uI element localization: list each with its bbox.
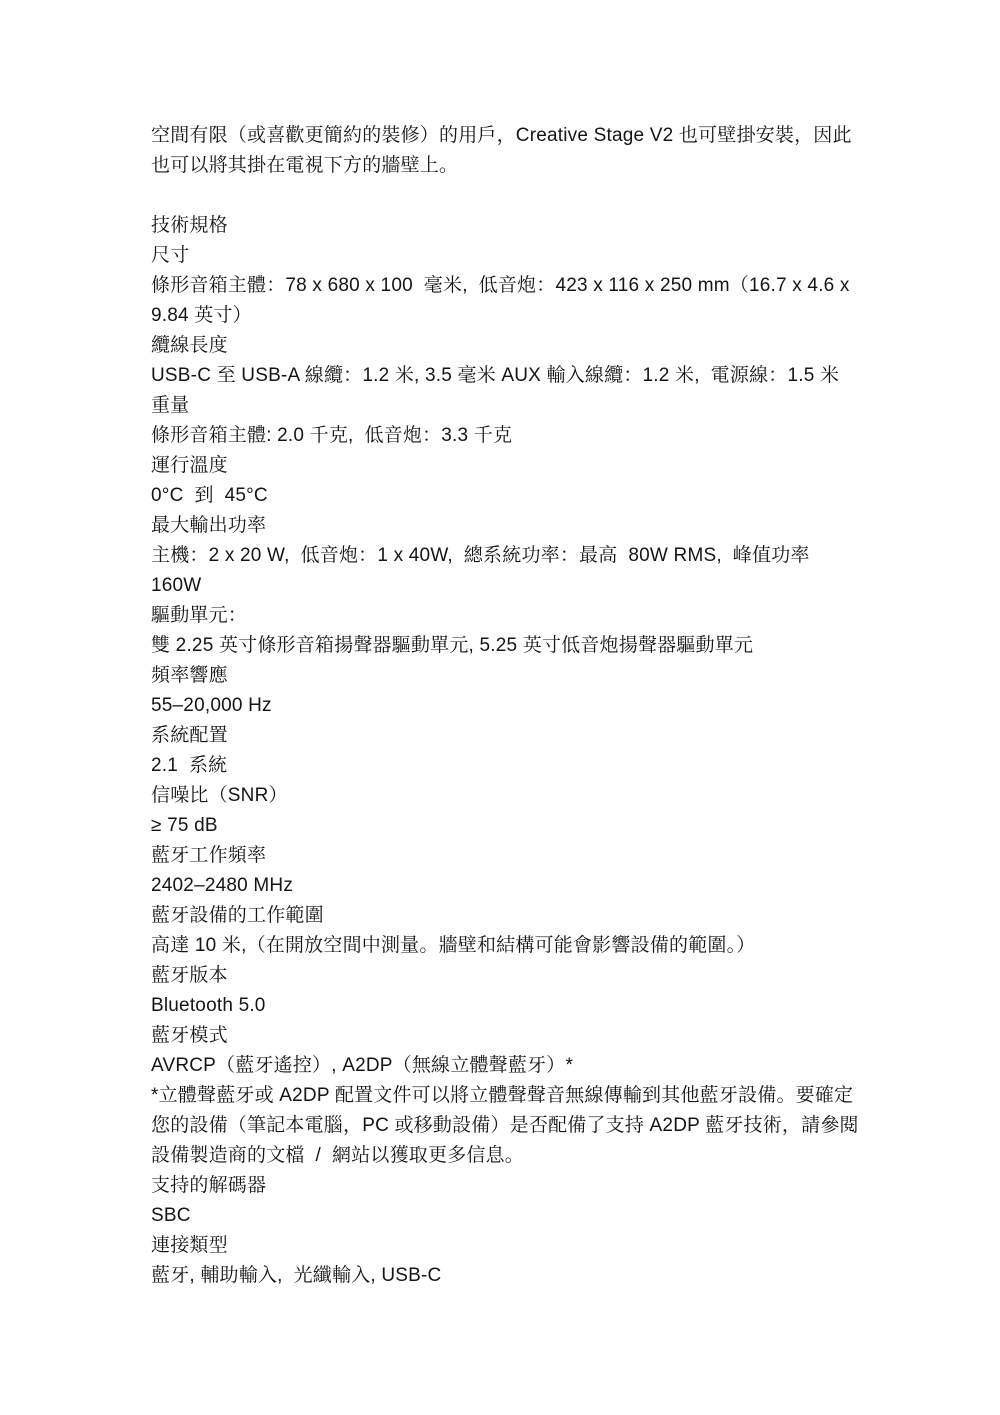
spec-label: 藍牙設備的工作範圍	[151, 901, 863, 931]
spec-item-bluetooth-frequency: 藍牙工作頻率 2402–2480 MHz	[151, 841, 863, 901]
spec-item-snr: 信噪比（SNR） ≥ 75 dB	[151, 781, 863, 841]
spec-label: 運行溫度	[151, 451, 863, 481]
footnote-a2dp: *立體聲藍牙或 A2DP 配置文件可以將立體聲聲音無線傳輸到其他藍牙設備。要確定…	[151, 1081, 863, 1171]
spec-value: 藍牙, 輔助輸入, 光纖輸入, USB-C	[151, 1261, 863, 1291]
spec-label: 驅動單元：	[151, 601, 863, 631]
spec-value: 2.1 系統	[151, 751, 863, 781]
spec-value: 條形音箱主體: 2.0 千克, 低音炮：3.3 千克	[151, 421, 863, 451]
spec-label: 纜線長度	[151, 331, 863, 361]
spec-value: AVRCP（藍牙遙控）, A2DP（無線立體聲藍牙）*	[151, 1051, 863, 1081]
spec-item-bluetooth-version: 藍牙版本 Bluetooth 5.0	[151, 961, 863, 1021]
spec-value: 2402–2480 MHz	[151, 871, 863, 901]
spec-label: 藍牙模式	[151, 1021, 863, 1051]
spec-label: 藍牙工作頻率	[151, 841, 863, 871]
spec-label: 連接類型	[151, 1231, 863, 1261]
spec-label: 支持的解碼器	[151, 1171, 863, 1201]
spec-item-frequency-response: 頻率響應 55–20,000 Hz	[151, 661, 863, 721]
section-title: 技術規格	[151, 211, 863, 241]
spec-value: ≥ 75 dB	[151, 811, 863, 841]
spec-item-cable-length: 纜線長度 USB-C 至 USB-A 線纜：1.2 米, 3.5 毫米 AUX …	[151, 331, 863, 391]
spec-label: 藍牙版本	[151, 961, 863, 991]
spec-item-dimensions: 尺寸 條形音箱主體：78 x 680 x 100 毫米, 低音炮：423 x 1…	[151, 241, 863, 331]
spec-item-weight: 重量 條形音箱主體: 2.0 千克, 低音炮：3.3 千克	[151, 391, 863, 451]
spec-item-bluetooth-range: 藍牙設備的工作範圍 高達 10 米,（在開放空間中測量。牆壁和結構可能會影響設備…	[151, 901, 863, 961]
spec-value: SBC	[151, 1201, 863, 1231]
spec-item-max-output-power: 最大輸出功率 主機：2 x 20 W, 低音炮：1 x 40W, 總系統功率：最…	[151, 511, 863, 601]
spec-item-system-configuration: 系統配置 2.1 系統	[151, 721, 863, 781]
spec-item-supported-codecs: 支持的解碼器 SBC	[151, 1171, 863, 1231]
intro-paragraph: 空間有限（或喜歡更簡約的裝修）的用戶，Creative Stage V2 也可壁…	[151, 121, 863, 181]
spec-item-connectivity-type: 連接類型 藍牙, 輔助輸入, 光纖輸入, USB-C	[151, 1231, 863, 1291]
spec-label: 尺寸	[151, 241, 863, 271]
spec-value: 主機：2 x 20 W, 低音炮：1 x 40W, 總系統功率：最高 80W R…	[151, 541, 863, 601]
spec-value: 高達 10 米,（在開放空間中測量。牆壁和結構可能會影響設備的範圍。）	[151, 931, 863, 961]
paragraph-spacer	[151, 181, 863, 211]
spec-value: 55–20,000 Hz	[151, 691, 863, 721]
spec-value: 條形音箱主體：78 x 680 x 100 毫米, 低音炮：423 x 116 …	[151, 271, 863, 331]
document-page: 空間有限（或喜歡更簡約的裝修）的用戶，Creative Stage V2 也可壁…	[151, 121, 863, 1291]
spec-label: 頻率響應	[151, 661, 863, 691]
spec-value: 0°C 到 45°C	[151, 481, 863, 511]
spec-label: 系統配置	[151, 721, 863, 751]
spec-item-operating-temperature: 運行溫度 0°C 到 45°C	[151, 451, 863, 511]
spec-value: USB-C 至 USB-A 線纜：1.2 米, 3.5 毫米 AUX 輸入線纜：…	[151, 361, 863, 391]
spec-label: 重量	[151, 391, 863, 421]
spec-value: Bluetooth 5.0	[151, 991, 863, 1021]
spec-item-drivers: 驅動單元： 雙 2.25 英寸條形音箱揚聲器驅動單元, 5.25 英寸低音炮揚聲…	[151, 601, 863, 661]
spec-label: 信噪比（SNR）	[151, 781, 863, 811]
spec-label: 最大輸出功率	[151, 511, 863, 541]
spec-value: 雙 2.25 英寸條形音箱揚聲器驅動單元, 5.25 英寸低音炮揚聲器驅動單元	[151, 631, 863, 661]
spec-item-bluetooth-profile: 藍牙模式 AVRCP（藍牙遙控）, A2DP（無線立體聲藍牙）* *立體聲藍牙或…	[151, 1021, 863, 1171]
